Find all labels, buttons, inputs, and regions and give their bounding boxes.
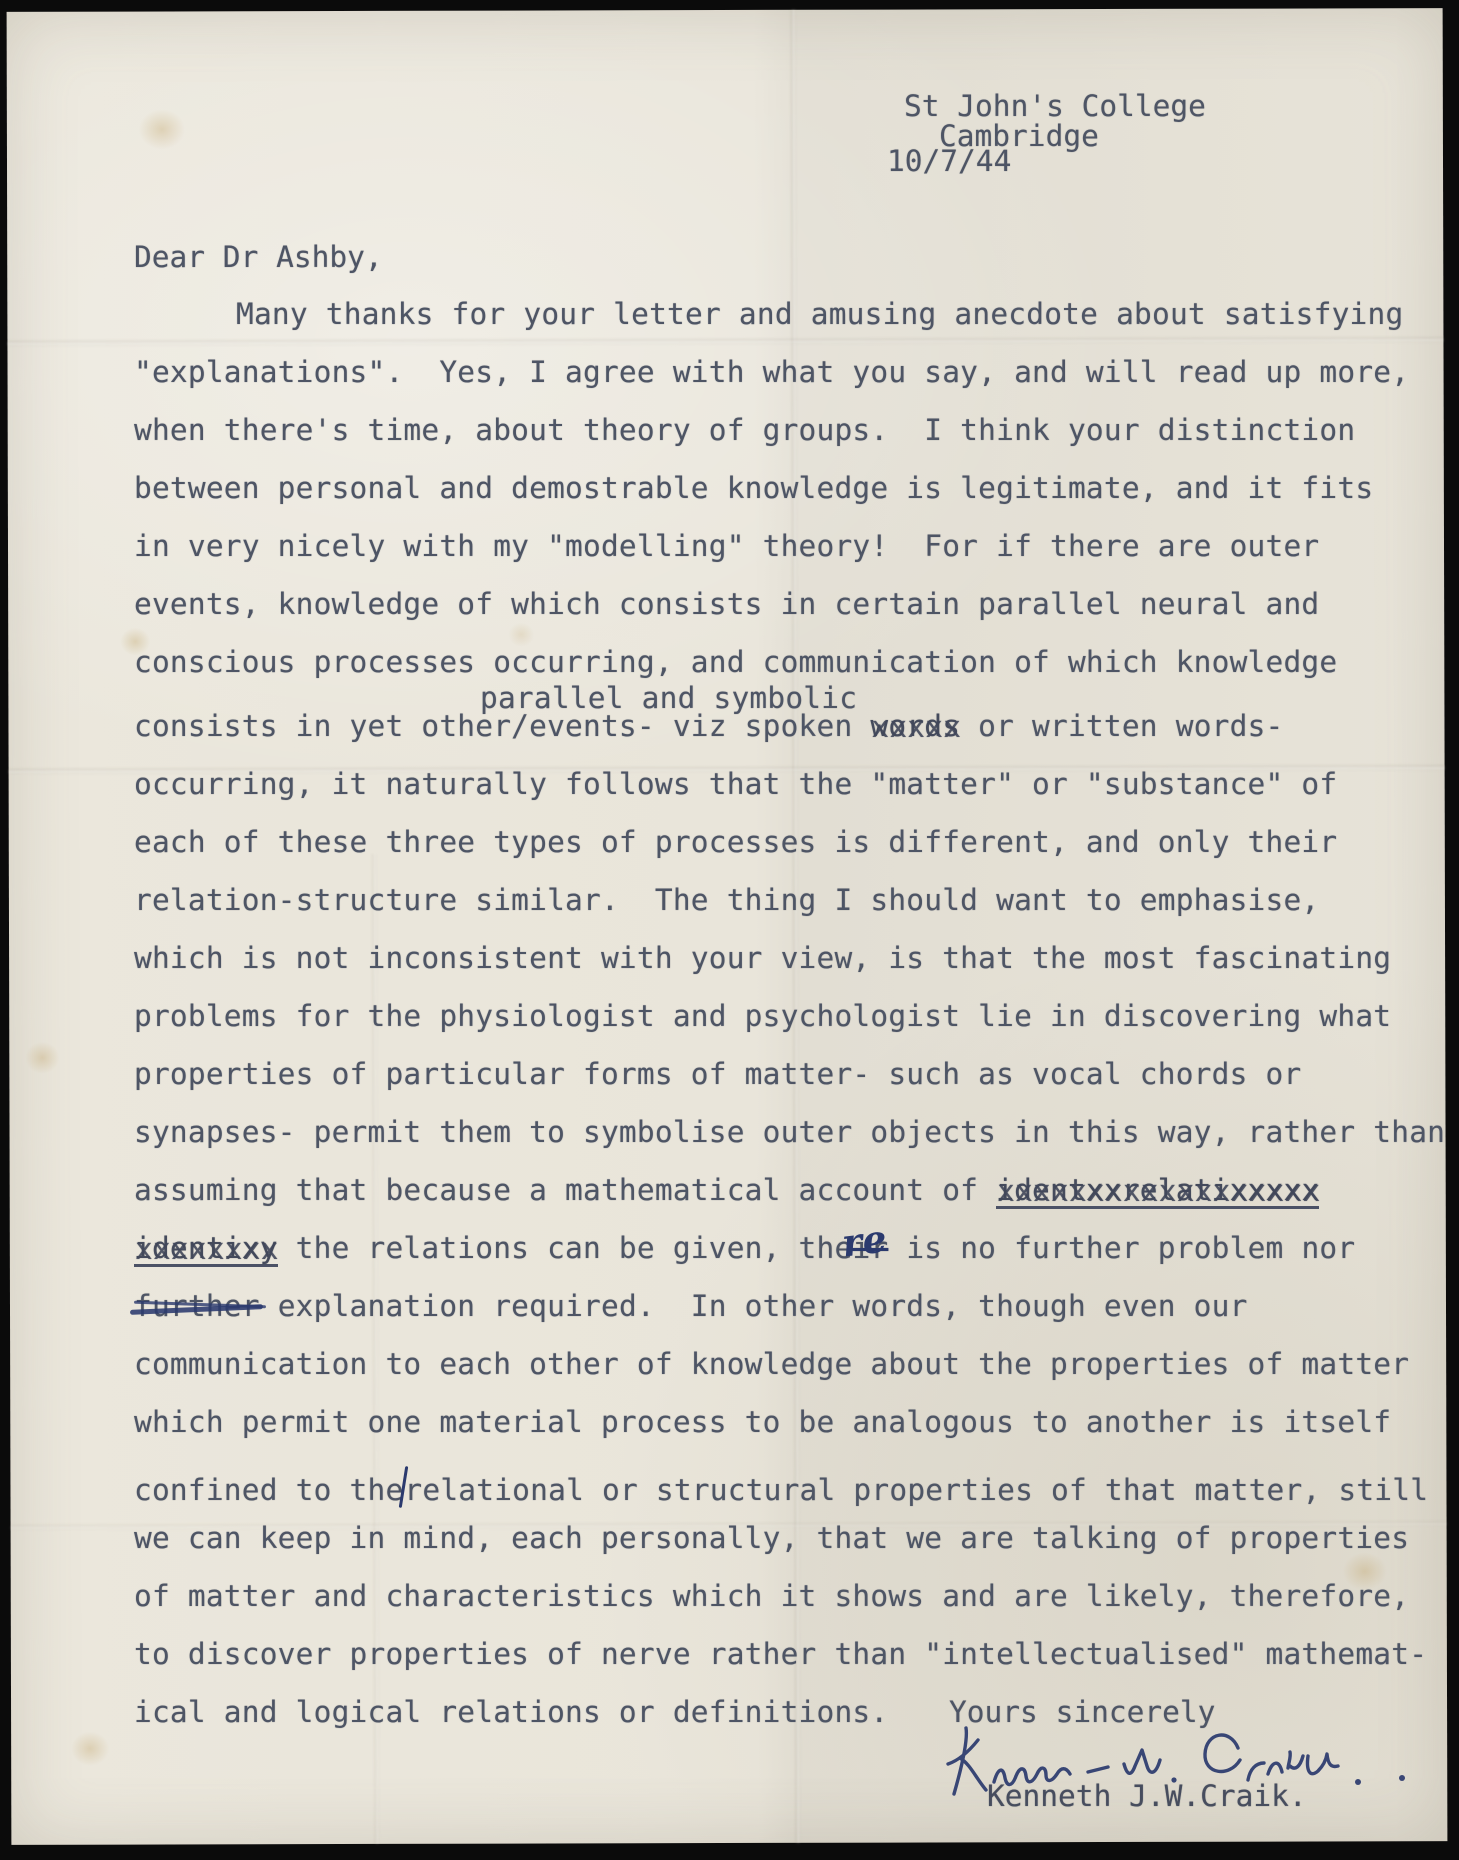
letter-line: synapses- permit them to symbolise outer… xyxy=(134,1118,1445,1148)
typed-text: events, knowledge of which consists in c… xyxy=(134,587,1319,621)
letter-line: Many thanks for your letter and amusing … xyxy=(236,300,1403,330)
typed-text: assuming that because a mathematical acc… xyxy=(134,1173,996,1207)
typed-text: or written words- xyxy=(960,709,1283,743)
typed-text: explanation required. In other words, th… xyxy=(260,1289,1248,1323)
typed-text: to discover properties of nerve rather t… xyxy=(134,1637,1427,1671)
letter-line: between personal and demostrable knowled… xyxy=(134,474,1373,504)
typed-text: synapses- permit them to symbolise outer… xyxy=(134,1115,1445,1149)
typed-text: communication to each other of knowledge… xyxy=(134,1347,1409,1381)
typed-text: relation-structure similar. The thing I … xyxy=(134,883,1319,917)
letter-line: consists in yet other/events- viz spoken… xyxy=(134,712,1284,742)
pen-correction-text: re xyxy=(840,1219,889,1262)
letter-line: when there's time, about theory of group… xyxy=(134,416,1355,446)
letter-line: events, knowledge of which consists in c… xyxy=(134,590,1319,620)
typed-text: is no further problem nor xyxy=(888,1231,1355,1265)
typed-text: problems for the physiologist and psycho… xyxy=(134,999,1391,1033)
letter-content: St John's College Cambridge 10/7/44 Dear… xyxy=(0,0,1459,1860)
letter-line: in very nicely with my "modelling" theor… xyxy=(134,532,1319,562)
letter-line: which permit one material process to be … xyxy=(134,1408,1391,1438)
letter-line: communication to each other of knowledge… xyxy=(134,1350,1409,1380)
typed-text: which permit one material process to be … xyxy=(134,1405,1391,1439)
typed-overstrike: wordsxxxxx xyxy=(870,712,960,742)
typed-overstrike: identixyxxxxxxxx xyxy=(134,1234,278,1267)
typed-text: occurring, it naturally follows that the… xyxy=(134,767,1337,801)
letter-line: identixyxxxxxxxx the relations can be gi… xyxy=(134,1234,1355,1267)
letter-line: each of these three types of processes i… xyxy=(134,828,1337,858)
pen-strikethrough-word: further xyxy=(134,1292,260,1322)
typed-text: conscious processes occurring, and commu… xyxy=(134,645,1337,679)
typed-text: each of these three types of processes i… xyxy=(134,825,1337,859)
typed-text: the relations can be given, the xyxy=(278,1231,853,1265)
typed-text: when there's time, about theory of group… xyxy=(134,413,1355,447)
overstrike-x-marks: xxxxx xyxy=(871,713,961,743)
overstrike-x-marks: xxxxxxxxxxxxxxxxxx xyxy=(997,1177,1320,1207)
typed-text: Many thanks for your letter and amusing … xyxy=(236,297,1403,331)
overstrike-x-marks: xxxxxxxx xyxy=(135,1235,279,1265)
letter-line: of matter and characteristics which it s… xyxy=(134,1582,1409,1612)
letter-line: relation-structure similar. The thing I … xyxy=(134,886,1319,916)
letter-line: ical and logical relations or definition… xyxy=(134,1698,888,1728)
letter-line: we can keep in mind, each personally, th… xyxy=(134,1524,1409,1554)
letter-line: assuming that because a mathematical acc… xyxy=(134,1176,1319,1209)
letter-line: occurring, it naturally follows that the… xyxy=(134,770,1337,800)
typed-overstrike: identxxrelatixxxxxxxxxxxxxxxxxxxxxxx xyxy=(996,1176,1319,1209)
typed-signature-name: Kenneth J.W.Craik. xyxy=(987,1782,1307,1812)
typed-text: ical and logical relations or definition… xyxy=(134,1695,888,1729)
typed-text: properties of particular forms of matter… xyxy=(134,1057,1301,1091)
typed-text: of matter and characteristics which it s… xyxy=(134,1579,1409,1613)
letter-line: further explanation required. In other w… xyxy=(134,1292,1248,1322)
typed-text: we can keep in mind, each personally, th… xyxy=(134,1521,1409,1555)
letter-line: properties of particular forms of matter… xyxy=(134,1060,1301,1090)
letter-line: to discover properties of nerve rather t… xyxy=(134,1640,1427,1670)
pen-correction: irre xyxy=(852,1234,888,1264)
typed-text: between personal and demostrable knowled… xyxy=(134,471,1373,505)
typed-text: relational or structural properties of t… xyxy=(404,1473,1428,1507)
letter-line: conscious processes occurring, and commu… xyxy=(134,648,1337,678)
letter-line: confined to therelational or structural … xyxy=(134,1466,1428,1508)
letter-line: which is not inconsistent with your view… xyxy=(134,944,1391,974)
typed-text: which is not inconsistent with your view… xyxy=(134,941,1391,975)
letter-line: problems for the physiologist and psycho… xyxy=(134,1002,1391,1032)
sender-institution: St John's College xyxy=(904,92,1206,122)
letter-date: 10/7/44 xyxy=(887,147,1011,177)
typed-text: consists in yet other/events- viz spoken xyxy=(134,709,870,743)
typed-text: confined to the xyxy=(134,1473,403,1507)
typed-text: "explanations". Yes, I agree with what y… xyxy=(134,355,1409,389)
typed-text: in very nicely with my "modelling" theor… xyxy=(134,529,1319,563)
salutation: Dear Dr Ashby, xyxy=(134,243,383,273)
letter-line: "explanations". Yes, I agree with what y… xyxy=(134,358,1409,388)
